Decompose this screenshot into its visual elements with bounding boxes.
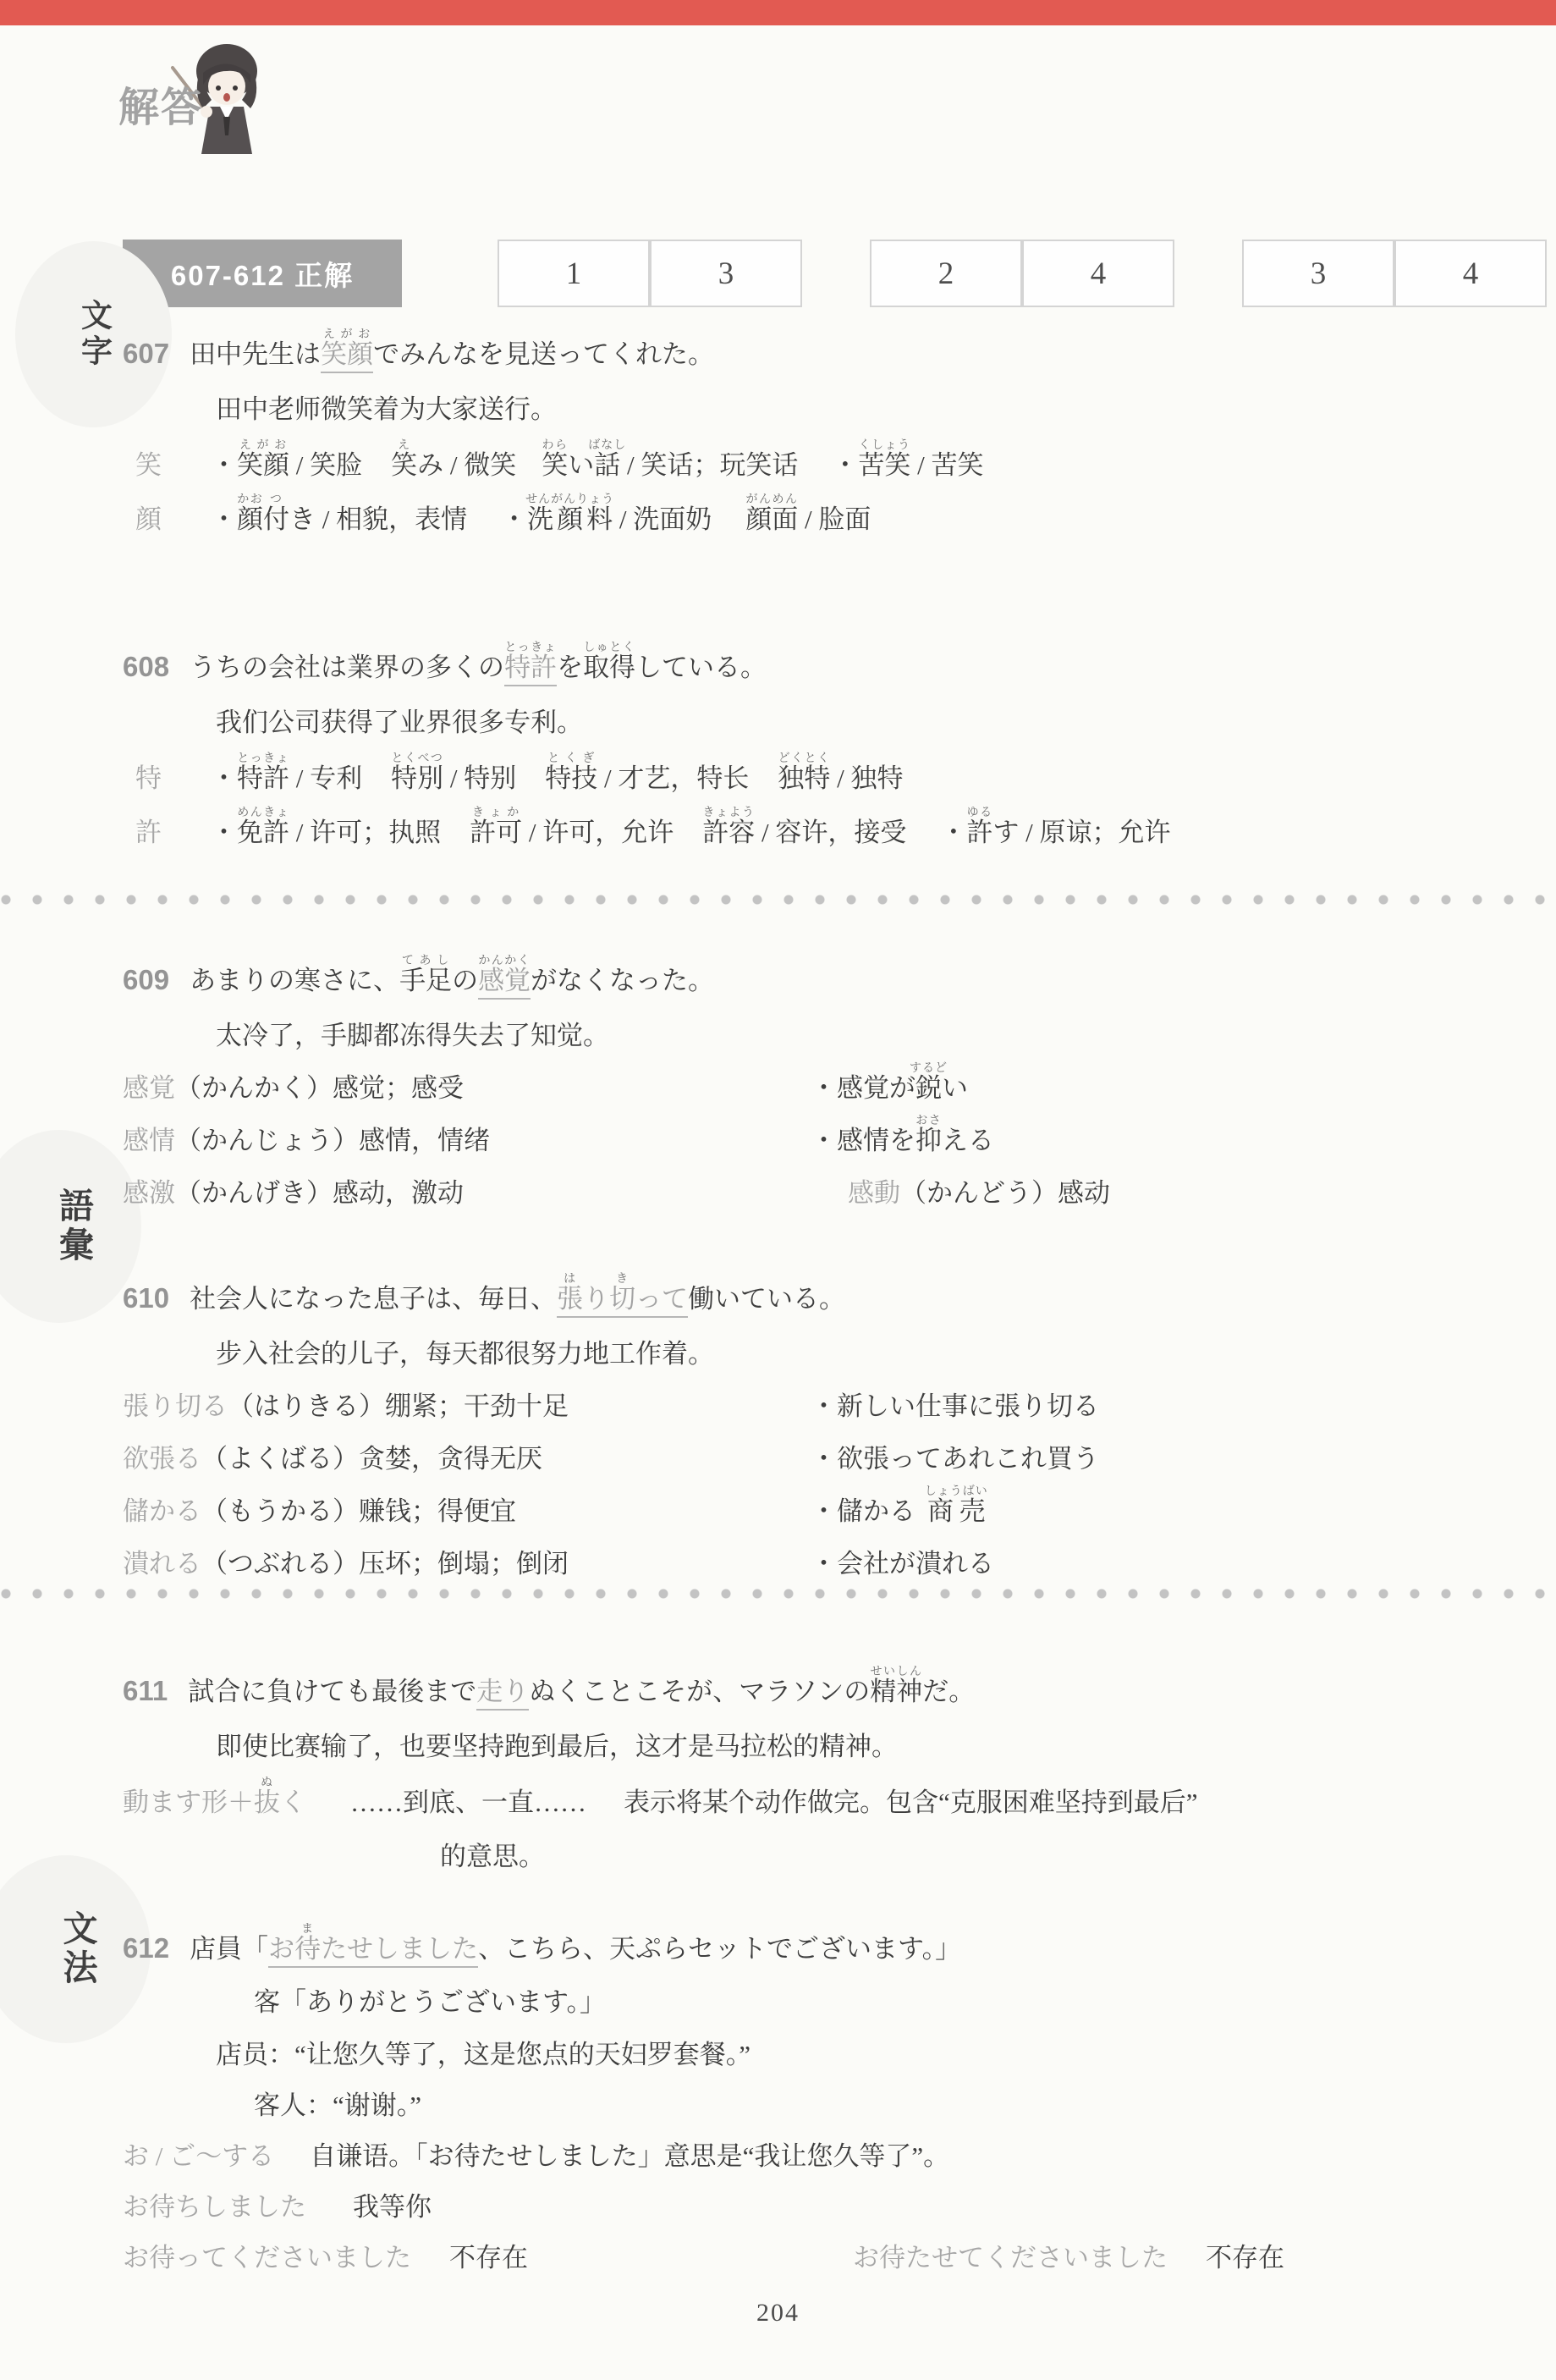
text-segment: 感情: [123, 1126, 175, 1155]
text-segment: 客「ありがとうございます。」: [254, 1987, 606, 2017]
text-segment: 笑え: [391, 450, 417, 480]
sidebar-tab-label: 語彙: [49, 1187, 99, 1265]
text-segment: 笑: [135, 450, 162, 480]
text-segment: ・: [501, 504, 527, 534]
text-segment: 特許とっきょ: [237, 763, 289, 793]
text-segment: 感激: [123, 1178, 175, 1208]
text-segment: 社会人になった息子は、毎日、: [190, 1284, 557, 1314]
text-segment: 感覚: [123, 1073, 175, 1103]
text-segment: （よくばる）贪婪，贪得无厌: [201, 1444, 542, 1474]
text-segment: く: [280, 1788, 306, 1817]
text-segment: 精神せいしん: [870, 1677, 922, 1706]
text-line: 感激（かんげき）感动，激动: [123, 1163, 464, 1224]
text-segment: ぬくことこそが、マラソンの: [529, 1677, 870, 1706]
text-segment: / 许可；执照: [289, 818, 441, 847]
text-segment: き / 相貌，表情: [289, 504, 467, 534]
text-segment: 欲張る: [123, 1444, 201, 1474]
book-page: 解答 607-612 正解 1 3 2 4 3 4 文字 語彙 文法 607田中…: [0, 0, 1556, 2380]
text-segment: / 独特: [830, 763, 903, 793]
text-segment: 走り: [476, 1677, 529, 1711]
text-segment: お待ちしました: [123, 2192, 306, 2222]
text-segment: 試合に負けても最後まで: [188, 1677, 476, 1706]
text-segment: 免許めんきょ: [237, 818, 289, 847]
text-line: 動ます形＋抜ぬく……到底、一直……表示将某个动作做完。包含“克服困难坚持到最后”: [123, 1772, 1198, 1833]
dotted-divider: [0, 894, 1556, 906]
text-segment: 的意思。: [440, 1842, 545, 1871]
text-segment: / 洗面奶: [613, 504, 712, 534]
text-line: 即使比赛输了，也要坚持跑到最后，这才是马拉松的精神。: [216, 1716, 898, 1777]
text-line: 感動（かんどう）感动: [848, 1163, 1110, 1224]
answer-cell-611: 3: [1242, 240, 1394, 307]
text-segment: 特許とっきょ: [504, 653, 557, 686]
text-segment: 付つ: [263, 504, 289, 534]
text-line: 笑・笑顔えがお / 笑脸笑えみ / 微笑笑わらい話ばなし / 笑话；玩笑话・苦笑…: [135, 435, 984, 496]
text-segment: 步入社会的儿子，每天都很努力地工作着。: [216, 1339, 714, 1369]
answer-cell-609: 2: [870, 240, 1022, 307]
text-segment: 張は: [557, 1284, 583, 1318]
text-segment: 許ゆる: [966, 818, 992, 847]
text-line: 609あまりの寒さに、手足てあしの感覚かんかくがなくなった。: [123, 950, 714, 1011]
text-segment: 切き: [609, 1284, 635, 1318]
text-segment: 顔かお: [237, 504, 263, 534]
text-line: 610社会人になった息子は、毎日、張はり切きって働いている。: [123, 1268, 845, 1329]
text-segment: 610: [123, 1282, 169, 1314]
text-segment: 笑顔えがお: [237, 450, 289, 480]
text-segment: って: [635, 1284, 688, 1318]
text-segment: 611: [123, 1675, 168, 1706]
text-line: お待ってくださいました不存在: [123, 2228, 528, 2289]
text-segment: 顔: [135, 504, 162, 534]
text-segment: お待ってくださいました: [123, 2243, 411, 2273]
text-segment: 田中先生は: [190, 339, 321, 369]
text-line: 612店員「お待またせしました、こちら、天ぷらセットでございます。」: [123, 1918, 961, 1979]
text-segment: している。: [635, 653, 767, 682]
text-line: 我们公司获得了业界很多专利。: [216, 692, 583, 753]
text-segment: あまりの寒さに、: [190, 966, 399, 995]
text-segment: 独特どくとく: [778, 763, 830, 793]
text-segment: 太冷了，手脚都冻得失去了知觉。: [216, 1021, 609, 1050]
text-segment: 自谦语。「お待たせしました」意思是“我让您久等了”。: [310, 2141, 949, 2171]
text-segment: 許可きょか: [470, 818, 522, 847]
text-segment: ・新しい仕事に張り切る: [811, 1391, 1099, 1421]
text-segment: / 苦笑: [910, 450, 983, 480]
text-line: 607田中先生は笑顔えがおでみんなを見送ってくれた。: [123, 323, 714, 384]
text-segment: ・会社が潰れる: [811, 1549, 994, 1578]
text-segment: 客人：“谢谢。”: [254, 2091, 421, 2120]
text-line: 611試合に負けても最後まで走りぬくことこそが、マラソンの精神せいしんだ。: [123, 1661, 975, 1722]
text-segment: 抜ぬ: [254, 1788, 280, 1817]
text-segment: の: [452, 966, 478, 995]
text-segment: 動ます形＋: [123, 1788, 254, 1817]
text-line: ・会社が潰れる: [811, 1534, 994, 1595]
text-segment: 特: [135, 763, 162, 793]
text-segment: 我们公司获得了业界很多专利。: [216, 708, 583, 737]
text-segment: 我等你: [353, 2192, 432, 2222]
text-line: 田中老师微笑着为大家送行。: [216, 379, 557, 440]
text-line: 顔・顔かお付つき / 相貌，表情・洗顔料せんがんりょう / 洗面奶顔面がんめん …: [135, 489, 871, 550]
text-line: 608うちの会社は業界の多くの特許とっきょを取得しゅとくしている。: [123, 636, 767, 697]
text-segment: ・: [211, 818, 237, 847]
text-segment: （かんかく）感觉；感受: [175, 1073, 464, 1103]
text-segment: 許容きょよう: [702, 818, 755, 847]
text-segment: （かんじょう）感情，情绪: [175, 1126, 490, 1155]
text-segment: ・: [832, 450, 858, 480]
text-segment: 張り切る: [123, 1391, 228, 1421]
text-segment: 話ばなし: [594, 450, 620, 480]
text-segment: / 笑脸: [289, 450, 362, 480]
text-segment: 表示将某个动作做完。包含“克服困难坚持到最后”: [624, 1788, 1198, 1817]
text-segment: / 许可，允许: [522, 818, 674, 847]
text-segment: 顔面がんめん: [745, 504, 798, 534]
sidebar-tab-goi: 語彙: [0, 1130, 141, 1323]
answer-cell-612: 4: [1394, 240, 1547, 307]
text-segment: 鋭するど: [915, 1073, 942, 1103]
text-segment: / 容许，接受: [755, 818, 906, 847]
text-line: お待たせてくださいました不存在: [853, 2228, 1284, 2289]
top-accent-bar: [0, 0, 1556, 25]
text-segment: （かんどう）感动: [900, 1178, 1110, 1208]
text-segment: 働いている。: [688, 1284, 845, 1314]
text-segment: 商売しょうばい: [927, 1496, 988, 1526]
text-segment: 抑おさ: [915, 1126, 942, 1155]
text-segment: 取得しゅとく: [583, 653, 635, 682]
text-segment: だ。: [922, 1677, 975, 1706]
text-segment: 苦笑くしょう: [858, 450, 910, 480]
text-line: 潰れる（つぶれる）压坏；倒塌；倒闭: [123, 1534, 569, 1595]
text-segment: 感動: [848, 1178, 900, 1208]
sidebar-tab-label: 文字: [71, 299, 117, 370]
text-segment: でみんなを見送ってくれた。: [373, 339, 714, 369]
text-segment: える: [942, 1126, 994, 1155]
text-segment: 特技とくぎ: [545, 763, 597, 793]
text-segment: 笑わら: [542, 450, 568, 480]
text-segment: 儲かる: [123, 1496, 201, 1526]
answer-cell-610: 4: [1022, 240, 1174, 307]
answer-cell-607: 1: [498, 240, 650, 307]
text-segment: す / 原谅；允许: [992, 818, 1170, 847]
text-segment: 特別とくべつ: [391, 763, 443, 793]
text-segment: ……到底、一直……: [350, 1788, 586, 1817]
text-segment: / 笑话；玩笑话: [620, 450, 798, 480]
text-segment: がなくなった。: [531, 966, 714, 995]
text-segment: 、こちら、天ぷらセットでございます。」: [478, 1934, 961, 1964]
text-segment: / 专利: [289, 763, 362, 793]
text-segment: 店員「: [190, 1934, 268, 1964]
text-line: 的意思。: [440, 1826, 545, 1887]
text-segment: ・感情を: [811, 1126, 915, 1155]
text-segment: り: [583, 1284, 609, 1318]
text-segment: ・感覚が: [811, 1073, 915, 1103]
text-segment: 不存在: [449, 2243, 528, 2273]
text-segment: お待たせてくださいました: [853, 2243, 1168, 2273]
text-segment: / 特别: [443, 763, 516, 793]
text-segment: ・: [940, 818, 966, 847]
text-segment: ・: [211, 763, 237, 793]
text-segment: 洗顔料せんがんりょう: [527, 504, 613, 534]
text-segment: お: [268, 1934, 294, 1968]
text-segment: 店员：“让您久等了，这是您点的天妇罗套餐。”: [216, 2040, 751, 2069]
text-segment: 612: [123, 1932, 169, 1964]
text-segment: 手足てあし: [399, 966, 452, 995]
text-segment: （もうかる）赚钱；得便宜: [201, 1496, 516, 1526]
text-segment: （かんげき）感动，激动: [175, 1178, 464, 1208]
text-segment: うちの会社は業界の多くの: [190, 653, 504, 682]
text-segment: ・欲張ってあれこれ買う: [811, 1444, 1099, 1474]
text-segment: （はりきる）绷紧；干劲十足: [228, 1391, 569, 1421]
text-segment: 607: [123, 338, 169, 369]
answers-heading: 解答: [118, 74, 203, 133]
text-segment: 許: [135, 818, 162, 847]
answer-cell-608: 3: [650, 240, 802, 307]
text-segment: 即使比赛输了，也要坚持跑到最后，这才是马拉松的精神。: [216, 1732, 898, 1761]
text-segment: 608: [123, 651, 169, 682]
text-line: 特・特許とっきょ / 专利特別とくべつ / 特别特技とくぎ / 才艺，特长独特ど…: [135, 748, 904, 809]
text-segment: 感覚かんかく: [478, 966, 531, 1000]
text-segment: 笑顔えがお: [321, 339, 373, 373]
text-segment: / 才艺，特长: [597, 763, 749, 793]
text-segment: 田中老师微笑着为大家送行。: [216, 394, 557, 424]
text-segment: い: [942, 1073, 968, 1103]
text-segment: み / 微笑: [417, 450, 516, 480]
sidebar-tab-label: 文法: [53, 1910, 103, 1988]
text-segment: 待ま: [294, 1934, 321, 1968]
text-segment: 潰れる: [123, 1549, 201, 1578]
text-segment: たせしました: [321, 1934, 478, 1968]
text-segment: （つぶれる）压坏；倒塌；倒闭: [201, 1549, 569, 1578]
text-segment: ・儲かる: [811, 1496, 915, 1526]
text-segment: / 脸面: [798, 504, 871, 534]
text-segment: 不存在: [1206, 2243, 1284, 2273]
text-segment: 609: [123, 964, 169, 995]
text-segment: を: [557, 653, 583, 682]
text-segment: ・: [211, 504, 237, 534]
text-line: 許・免許めんきょ / 许可；执照許可きょか / 许可，允许許容きょよう / 容许…: [135, 802, 1171, 863]
text-segment: ・: [211, 450, 237, 480]
page-number: 204: [0, 2299, 1556, 2328]
text-segment: お / ご～する: [123, 2141, 274, 2171]
